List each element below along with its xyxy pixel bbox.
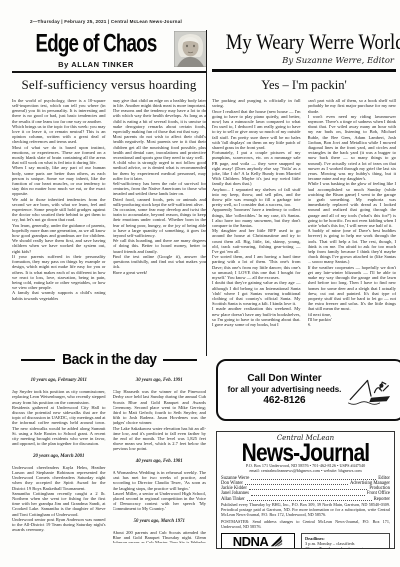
deadlines-body: 3 p.m. Monday – classifieds 10 a.m. Tues… bbox=[305, 541, 386, 549]
ndna-acronym: NDNA bbox=[233, 534, 269, 549]
werre-world-column: My Weary Werre World By Suzanne Werre, E… bbox=[212, 28, 396, 549]
left-article-body: In the world of psychology, there is a 1… bbox=[12, 98, 206, 348]
article-column: 10 years ago, February 2011 Jay Snyder t… bbox=[12, 371, 106, 543]
staff-role: Reporter bbox=[374, 497, 390, 502]
back-in-the-day-header: Back in the day bbox=[12, 352, 206, 368]
left-article-headline: Self-sufficiency versus hoarding bbox=[12, 77, 206, 93]
era-heading: 20 years ago, March 2001 bbox=[12, 454, 106, 459]
newspaper-page: 2—Thursday | February 25, 2021 | Central… bbox=[0, 0, 400, 567]
newspaper-fan-icon bbox=[269, 534, 283, 548]
left-rule bbox=[12, 71, 206, 73]
right-article-body: The packing and purging is officially in… bbox=[212, 98, 396, 348]
ad-text: Call Don Winter for all your advertising… bbox=[224, 373, 345, 407]
dot-leader bbox=[249, 489, 368, 490]
deadlines-box: Deadlines: 3 p.m. Monday – classifieds 1… bbox=[301, 533, 390, 550]
dot-leader bbox=[251, 479, 376, 480]
fishing-clipart-icon bbox=[345, 370, 397, 410]
dot-leader bbox=[245, 484, 348, 485]
ndna-full-name: NORTH DAKOTA NEWSPAPER ASSOCIATION bbox=[222, 549, 294, 550]
advertising-ad-box: Call Don Winter for all your advertising… bbox=[216, 359, 400, 421]
staff-name: Allan Tinker bbox=[221, 497, 245, 502]
era-heading: 30 years ago, Feb. 1991 bbox=[113, 378, 207, 383]
era-heading: 10 years ago, February 2011 bbox=[12, 378, 106, 383]
ad-line1: Call Don Winter bbox=[224, 373, 345, 385]
article-column: In the world of psychology, there is a 1… bbox=[12, 98, 106, 348]
dot-leader bbox=[251, 495, 365, 496]
masthead-bottom-row: NDNA NORTH DAKOTA NEWSPAPER ASSOCIATION … bbox=[221, 533, 390, 550]
back-in-the-day-body: 10 years ago, February 2011 Jay Snyder t… bbox=[12, 371, 206, 543]
era-text: Clay Haraseth was the winner of the Pine… bbox=[113, 389, 207, 451]
portrait-photo-art bbox=[174, 31, 207, 67]
ndna-logo: NDNA NORTH DAKOTA NEWSPAPER ASSOCIATION bbox=[221, 533, 295, 550]
dot-leader bbox=[247, 500, 372, 501]
article-column: 30 years ago, Feb. 1991 Clay Haraseth wa… bbox=[113, 371, 207, 543]
era-heading: 50 years ago, March 1971 bbox=[113, 519, 207, 524]
ad-phone-number: 462-8126 bbox=[224, 395, 345, 407]
brand-name: News-Journal bbox=[235, 442, 377, 464]
staff-list: Suzanne Werre Editor Don Winter Advertis… bbox=[221, 476, 390, 502]
masthead-info-box: Central McLean News-Journal P.O. Box 171… bbox=[216, 431, 395, 549]
column-divider-rule bbox=[206, 30, 207, 356]
suzanne-werre-byline: By Suzanne Werre, Editor bbox=[212, 56, 394, 67]
era-heading: 40 years ago, Feb. 1981 bbox=[113, 459, 207, 464]
right-rule-bar bbox=[212, 69, 396, 72]
staff-row: Allan Tinker Reporter bbox=[221, 497, 390, 502]
header-dash-right bbox=[163, 359, 197, 361]
edge-of-chaos-column: Edge of Chaos By ALLAN TINKER Self-suffi… bbox=[12, 28, 206, 543]
columnist-portrait-photo bbox=[174, 31, 207, 67]
edge-of-chaos-masthead: Edge of Chaos bbox=[30, 30, 161, 57]
ad-line2: for all your advertising needs. bbox=[224, 385, 345, 395]
publication-statement: Published every Thursday by BHG, Inc., P… bbox=[221, 503, 390, 518]
page-folio: 2—Thursday | February 25, 2021 | Central… bbox=[30, 19, 182, 24]
allan-tinker-byline: By ALLAN TINKER bbox=[12, 60, 180, 70]
article-column: The packing and purging is officially in… bbox=[212, 98, 301, 348]
era-text: Underwood cheerleaders Kayla Helm, Heath… bbox=[12, 465, 106, 533]
masthead-contact: email: centralmcleannews@bhgnews.com • w… bbox=[221, 469, 390, 474]
header-dash-left bbox=[21, 359, 55, 361]
era-text: About 200 parents and Cub Scouts attende… bbox=[113, 530, 207, 543]
article-column: can't part with all of them, so a book s… bbox=[308, 98, 397, 348]
era-text: Jay Snyder took his position as city com… bbox=[12, 389, 106, 446]
back-in-the-day-title: Back in the day bbox=[62, 351, 156, 368]
werre-world-masthead: My Weary Werre World bbox=[226, 28, 382, 56]
era-text: A Womanless Wedding is in rehearsal week… bbox=[113, 470, 207, 512]
postmaster-statement: POSTMASTER: Send address changes to Cent… bbox=[221, 520, 390, 530]
article-column: may give that child an edge on a healthy… bbox=[113, 98, 207, 348]
right-article-headline: Yes – I'm packin' bbox=[212, 78, 396, 94]
ndna-logo-top: NDNA bbox=[222, 534, 294, 549]
